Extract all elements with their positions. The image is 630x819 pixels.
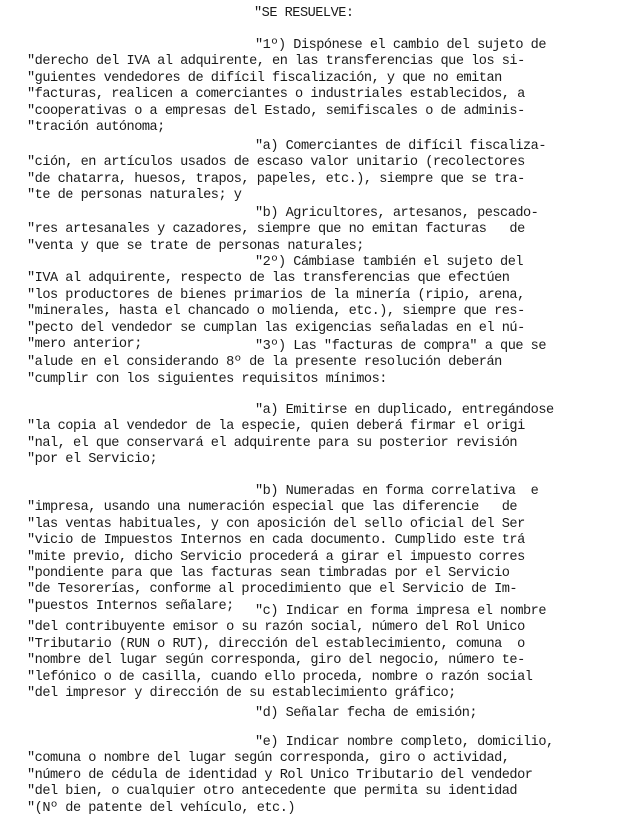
paragraph-line: "minerales, hasta el chancado o molienda… [27,304,525,321]
paragraph-line: "comuna o nombre del lugar según corresp… [27,751,509,768]
paragraph-line: "venta y que se trate de personas natura… [27,239,364,256]
paragraph-line: "mite previo, dicho Servicio procederá a… [27,550,525,567]
paragraph-line: "Tributario (RUN o RUT), dirección del e… [27,637,525,654]
paragraph-line: "del contribuyente emisor o su razón soc… [27,620,525,637]
paragraph-line: "las ventas habituales, y con aposición … [27,517,525,534]
paragraph-line: "guientes vendedores de difícil fiscaliz… [27,71,502,88]
typewritten-document-page: "SE RESUELVE: "1º) Dispónese el cambio d… [0,0,630,819]
paragraph-line: "tración autónoma; [27,120,165,137]
paragraph-line: "mero anterior; [27,337,142,354]
paragraph-first-line: "d) Señalar fecha de emisión; [255,706,477,723]
paragraph-line: "de Tesorerías, conforme al procedimient… [27,582,517,599]
paragraph-first-line: "b) Numeradas en forma correlativa e [255,484,538,501]
paragraph-first-line: "e) Indicar nombre completo, domicilio, [255,735,554,752]
paragraph-first-line: "a) Comerciantes de difícil fiscaliza- [255,139,546,156]
paragraph-line: "nombre del lugar según corresponda, gir… [27,653,525,670]
paragraph-line: "del impresor y dirección de su establec… [27,686,456,703]
document-heading: "SE RESUELVE: [254,6,354,23]
paragraph-line: "la copia al vendedor de la especie, qui… [27,419,525,436]
paragraph-line: "pondiente para que las facturas sean ti… [27,566,509,583]
paragraph-line: "lefónico o de casilla, cuando ello proc… [27,670,532,687]
paragraph-line: "cumplir con los siguientes requisitos m… [27,372,387,389]
paragraph-line: "te de personas naturales; y [27,188,241,205]
paragraph-line: "de chatarra, huesos, trapos, papeles, e… [27,172,525,189]
paragraph-line: "puestos Internos señalare; [27,599,234,616]
paragraph-line: "pecto del vendedor se cumplan las exige… [27,321,525,338]
paragraph-line: "derecho del IVA al adquirente, en las t… [27,54,525,71]
paragraph-line: "número de cédula de identidad y Rol Uni… [27,768,532,785]
paragraph-line: "alude en el considerando 8º de la prese… [27,355,502,372]
paragraph-line: "(Nº de patente del vehículo, etc.) [27,801,295,818]
paragraph-first-line: "1º) Dispónese el cambio del sujeto de [255,38,546,55]
paragraph-line: "impresa, usando una numeración especial… [27,500,517,517]
paragraph-line: "nal, el que conservará el adquirente pa… [27,436,517,453]
paragraph-line: "IVA al adquirente, respecto de las tran… [27,271,509,288]
paragraph-line: "vicio de Impuestos Internos en cada doc… [27,533,525,550]
paragraph-line: "res artesanales y cazadores, siempre qu… [27,222,525,239]
paragraph-line: "los productores de bienes primarios de … [27,288,525,305]
paragraph-first-line: "c) Indicar en forma impresa el nombre [255,604,546,621]
paragraph-line: "por el Servicio; [27,452,157,469]
paragraph-line: "ción, en artículos usados de escaso val… [27,155,525,172]
paragraph-first-line: "a) Emitirse en duplicado, entregándose [255,403,554,420]
paragraph-line: "del bien, o cualquier otro antecedente … [27,784,517,801]
paragraph-first-line: "2º) Cámbiase también el sujeto del [255,255,523,272]
paragraph-line: "cooperativas o a empresas del Estado, s… [27,104,525,121]
paragraph-line: "facturas, realicen a comerciantes o ind… [27,87,525,104]
paragraph-first-line: "3º) Las "facturas de compra" a que se [255,339,546,356]
paragraph-first-line: "b) Agricultores, artesanos, pescado- [255,206,538,223]
